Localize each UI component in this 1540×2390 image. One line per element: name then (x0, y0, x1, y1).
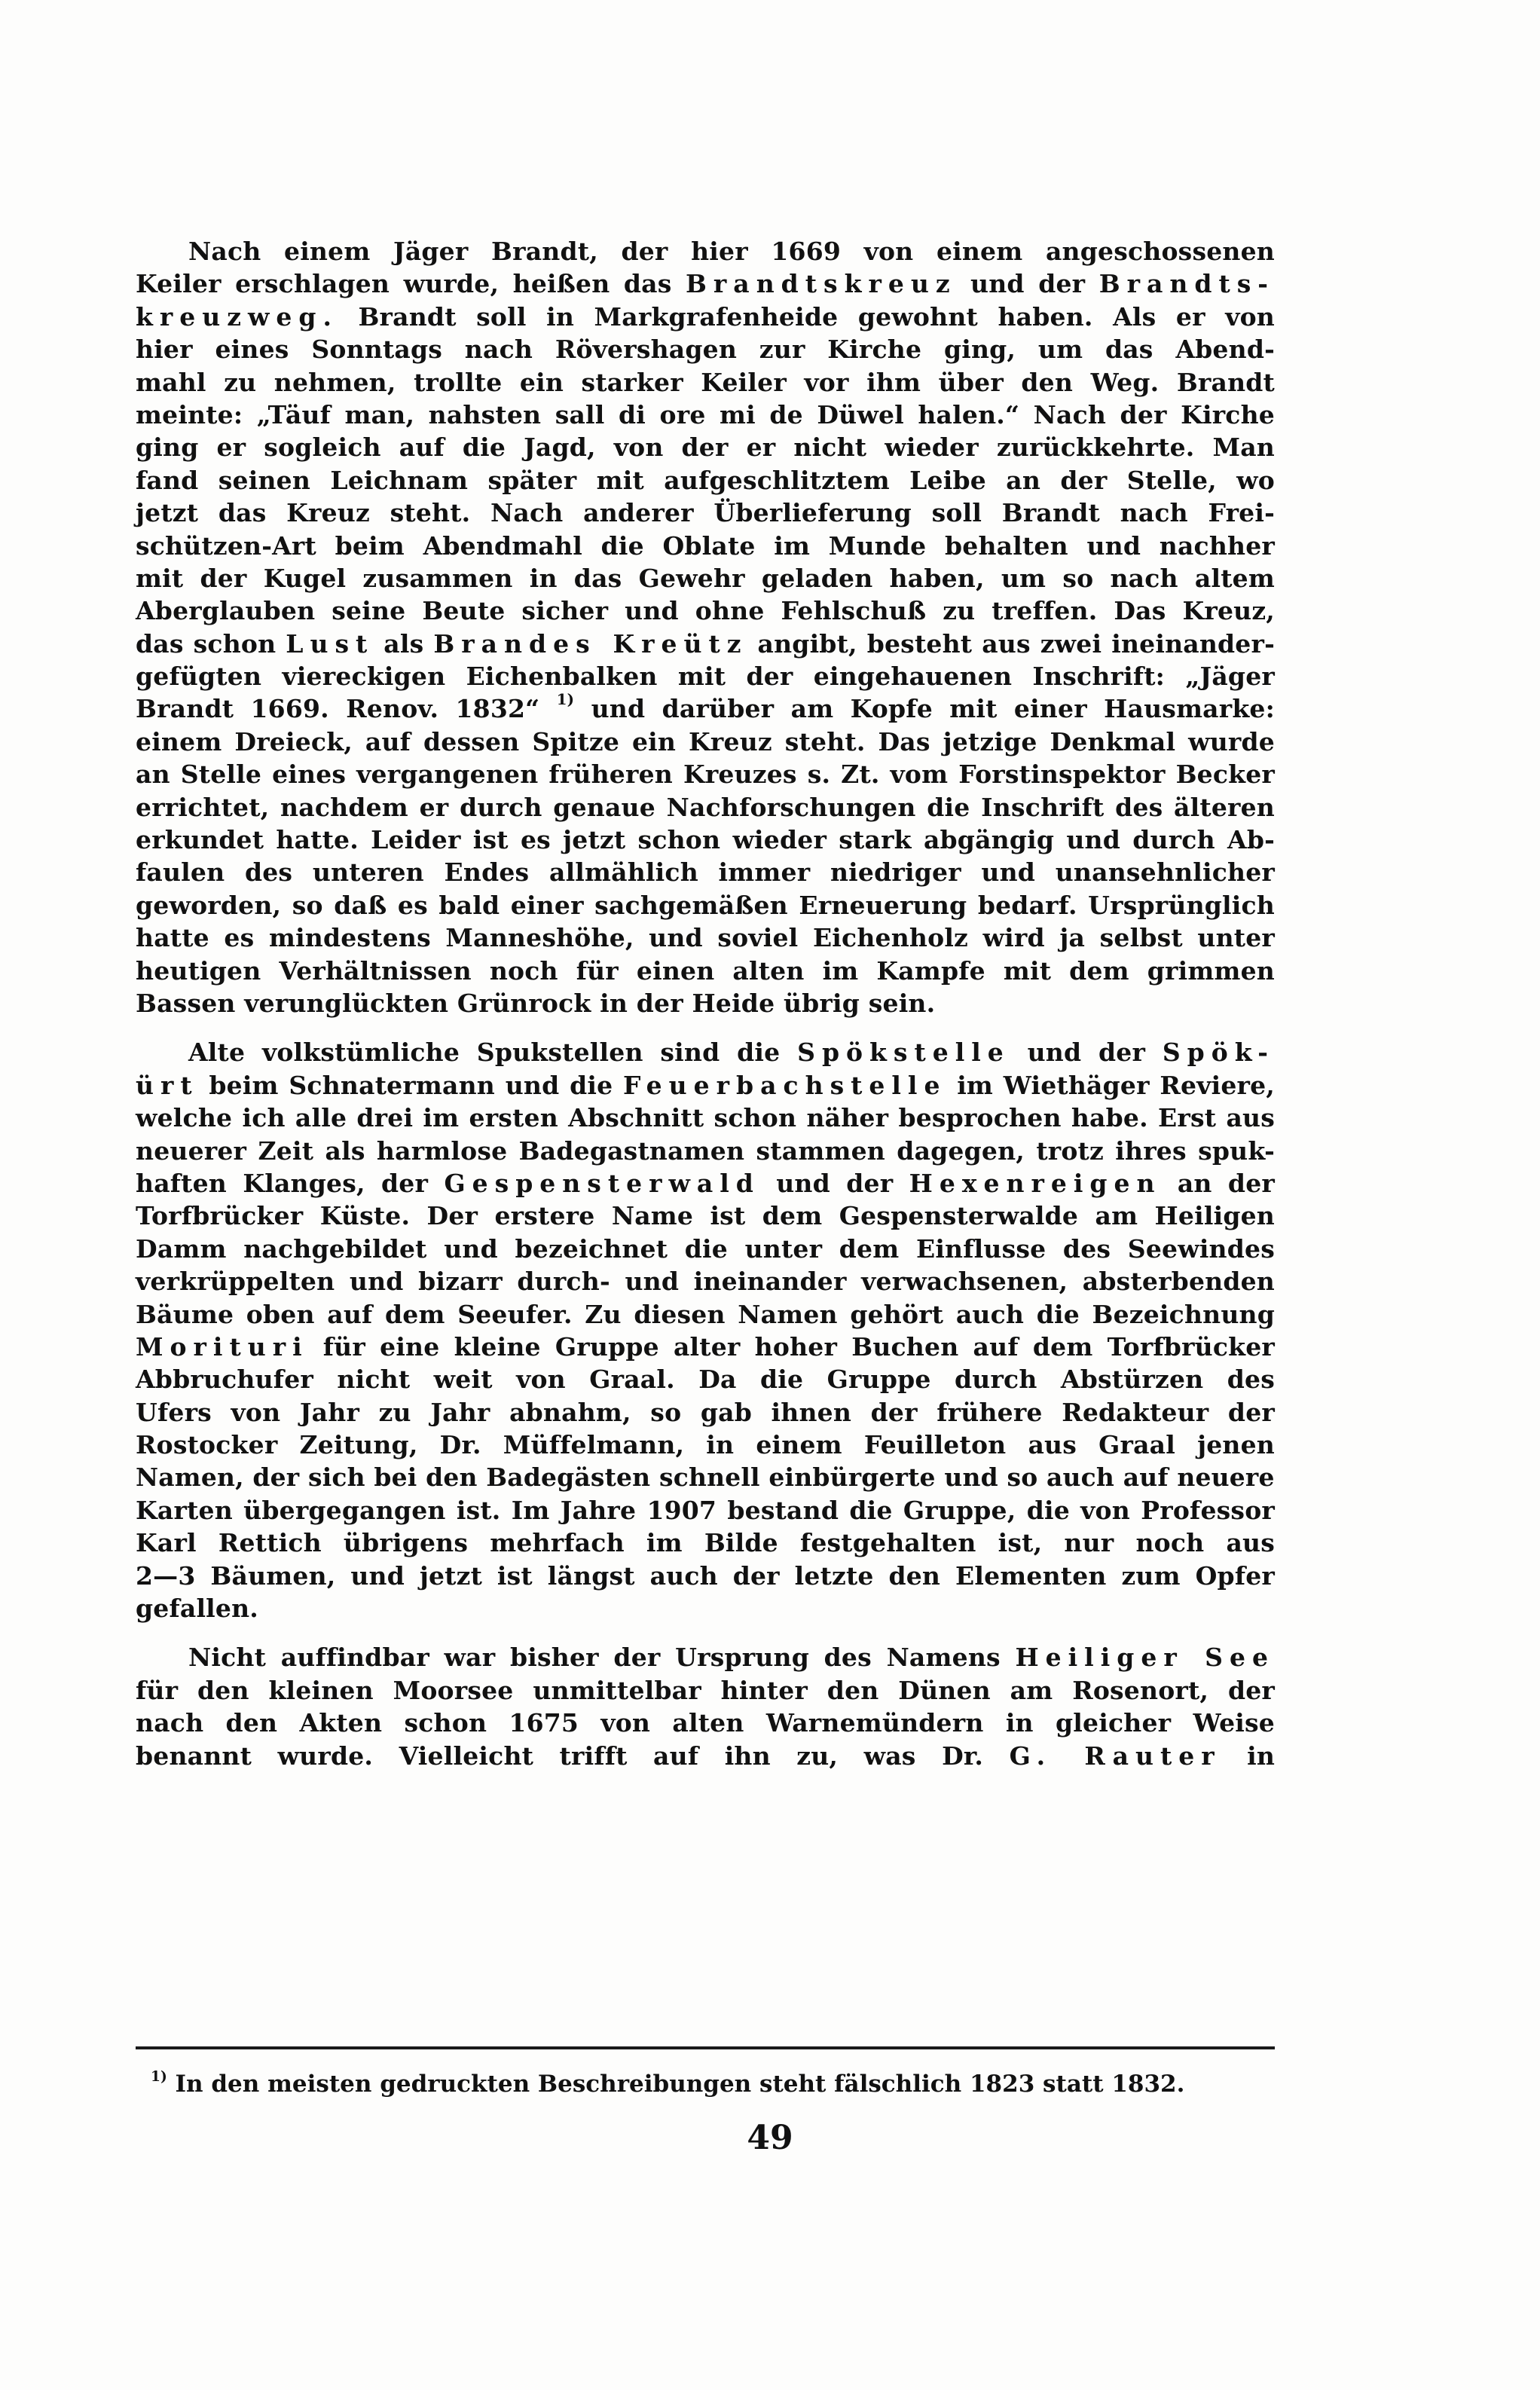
text-segment: in (1221, 1741, 1275, 1771)
text-line: Morituri für eine kleine Gruppe alter ho… (136, 1331, 1275, 1363)
text-line: errichtet, nachdem er durch genaue Nachf… (136, 791, 1275, 824)
text-segment: 2—3 Bäumen, und jetzt ist längst auch de… (136, 1561, 1275, 1591)
text-segment: Rostocker Zeitung, Dr. Müffelmann, in ei… (136, 1430, 1275, 1459)
text-line: Nicht auffindbar war bisher der Ursprung… (136, 1641, 1275, 1673)
footnote-marker: 1) (151, 2069, 167, 2085)
text-line: hier eines Sonntags nach Rövershagen zur… (136, 333, 1275, 365)
text-line: Ufers von Jahr zu Jahr abnahm, so gab ih… (136, 1396, 1275, 1429)
text-segment: welche ich alle drei im ersten Abschnitt… (136, 1103, 1275, 1132)
text-segment: und der (760, 1169, 909, 1198)
text-segment: Namen, der sich bei den Badegästen schne… (136, 1462, 1275, 1492)
text-line: gefallen. (136, 1592, 1275, 1624)
text-segment: einem Dreieck, auf dessen Spitze ein Kre… (136, 727, 1275, 756)
text-line: nach den Akten schon 1675 von alten Warn… (136, 1707, 1275, 1739)
text-line: Damm nachgebildet und bezeichnet die unt… (136, 1233, 1275, 1265)
text-segment: Brandt 1669. Renov. 1832“ (136, 694, 557, 723)
text-segment: Aberglauben seine Beute sicher und ohne … (136, 596, 1275, 625)
text-segment: gefügten viereckigen Eichenbalken mit de… (136, 662, 1275, 691)
text-segment: angibt, besteht aus zwei ineinander- (748, 629, 1275, 659)
emphasized-term: Brandtskreuz (686, 269, 957, 298)
text-segment: ging er sogleich auf die Jagd, von der e… (136, 432, 1275, 462)
text-segment: Alte volkstümliche Spukstellen sind die (188, 1038, 797, 1067)
text-segment: mahl zu nehmen, trollte ein starker Keil… (136, 368, 1275, 397)
text-segment: für den kleinen Moorsee unmittelbar hint… (136, 1676, 1275, 1705)
text-segment: heutigen Verhältnissen noch für einen al… (136, 956, 1275, 986)
text-segment: an Stelle eines vergangenen früheren Kre… (136, 759, 1275, 789)
text-line: benannt wurde. Vielleicht trifft auf ihn… (136, 1740, 1275, 1772)
text-segment: schützen-Art beim Abendmahl die Oblate i… (136, 531, 1275, 561)
text-line: ging er sogleich auf die Jagd, von der e… (136, 431, 1275, 463)
text-line: verkrüppelten und bizarr durch- und inei… (136, 1265, 1275, 1297)
text-segment: fand seinen Leichnam später mit aufgesch… (136, 466, 1275, 495)
emphasized-term: G. Rauter (1010, 1741, 1221, 1771)
text-line: für den kleinen Moorsee unmittelbar hint… (136, 1674, 1275, 1707)
text-line: Alte volkstümliche Spukstellen sind die … (136, 1036, 1275, 1068)
text-segment: Nicht auffindbar war bisher der Ursprung… (188, 1643, 1015, 1672)
text-line: heutigen Verhältnissen noch für einen al… (136, 955, 1275, 987)
text-line: welche ich alle drei im ersten Abschnitt… (136, 1102, 1275, 1134)
text-segment: beim Schnatermann und die (199, 1071, 623, 1100)
text-segment: das schon (136, 629, 286, 659)
text-line: kreuzweg. Brandt soll in Markgrafenheide… (136, 301, 1275, 333)
text-segment: errichtet, nachdem er durch genaue Nachf… (136, 793, 1275, 822)
text-line: Nach einem Jäger Brandt, der hier 1669 v… (136, 235, 1275, 267)
text-segment: gefallen. (136, 1594, 258, 1623)
text-line: faulen des unteren Endes allmählich imme… (136, 856, 1275, 888)
footnote-reference: 1) (557, 690, 575, 708)
text-line: gefügten viereckigen Eichenbalken mit de… (136, 660, 1275, 692)
text-segment: Keiler erschlagen wurde, heißen das (136, 269, 686, 298)
text-segment: Bäume oben auf dem Seeufer. Zu diesen Na… (136, 1300, 1275, 1329)
text-line: an Stelle eines vergangenen früheren Kre… (136, 758, 1275, 790)
text-line: Keiler erschlagen wurde, heißen das Bran… (136, 267, 1275, 300)
paragraph: Nach einem Jäger Brandt, der hier 1669 v… (136, 235, 1275, 1019)
text-line: schützen-Art beim Abendmahl die Oblate i… (136, 530, 1275, 562)
text-segment: Damm nachgebildet und bezeichnet die unt… (136, 1234, 1275, 1264)
text-line: erkundet hatte. Leider ist es jetzt scho… (136, 824, 1275, 856)
emphasized-term: Brandes Kreütz (433, 629, 747, 659)
emphasized-term: Lust (286, 629, 374, 659)
text-segment: nach den Akten schon 1675 von alten Warn… (136, 1708, 1275, 1737)
text-line: jetzt das Kreuz steht. Nach anderer Über… (136, 497, 1275, 529)
text-line: Karl Rettich übrigens mehrfach im Bilde … (136, 1527, 1275, 1559)
text-line: geworden, so daß es bald einer sachgemäß… (136, 889, 1275, 921)
text-segment: jetzt das Kreuz steht. Nach anderer Über… (136, 498, 1275, 527)
text-line: Rostocker Zeitung, Dr. Müffelmann, in ei… (136, 1429, 1275, 1461)
text-segment: Ufers von Jahr zu Jahr abnahm, so gab ih… (136, 1398, 1275, 1427)
footnote-text: In den meisten gedruckten Beschreibungen… (167, 2071, 1185, 2098)
text-segment: hatte es mindestens Manneshöhe, und sovi… (136, 923, 1275, 952)
text-line: haften Klanges, der Gespensterwald und d… (136, 1167, 1275, 1200)
text-segment: meinte: „Täuf man, nahsten sall di ore m… (136, 400, 1275, 429)
text-segment: Torfbrücker Küste. Der erstere Name ist … (136, 1201, 1275, 1230)
text-segment: Brandt soll in Markgrafenheide gewohnt h… (338, 302, 1275, 332)
emphasized-term: Gespensterwald (444, 1169, 759, 1198)
emphasized-term: Spök- (1163, 1038, 1275, 1067)
text-line: mahl zu nehmen, trollte ein starker Keil… (136, 366, 1275, 399)
text-segment: neuerer Zeit als harmlose Badegastnamen … (136, 1136, 1275, 1166)
text-line: Abbruchufer nicht weit von Graal. Da die… (136, 1363, 1275, 1395)
book-page: Nach einem Jäger Brandt, der hier 1669 v… (0, 0, 1540, 2390)
text-segment: für eine kleine Gruppe alter hoher Buche… (309, 1332, 1275, 1362)
emphasized-term: Brandts- (1099, 269, 1275, 298)
emphasized-term: Morituri (136, 1332, 309, 1362)
text-line: Aberglauben seine Beute sicher und ohne … (136, 594, 1275, 627)
text-line: ürt beim Schnatermann und die Feuerbachs… (136, 1069, 1275, 1102)
emphasized-term: Spökstelle (797, 1038, 1010, 1067)
emphasized-term: kreuzweg. (136, 302, 338, 332)
footnote: 1) In den meisten gedruckten Beschreibun… (151, 2071, 1184, 2098)
text-line: meinte: „Täuf man, nahsten sall di ore m… (136, 399, 1275, 431)
text-line: Brandt 1669. Renov. 1832“ 1) und darüber… (136, 692, 1275, 725)
emphasized-term: Feuerbachstelle (623, 1071, 946, 1100)
text-line: neuerer Zeit als harmlose Badegastnamen … (136, 1135, 1275, 1167)
text-segment: Karl Rettich übrigens mehrfach im Bilde … (136, 1528, 1275, 1557)
text-line: Namen, der sich bei den Badegästen schne… (136, 1461, 1272, 1493)
text-line: mit der Kugel zusammen in das Gewehr gel… (136, 562, 1275, 594)
text-segment: Bassen verunglückten Grünrock in der Hei… (136, 989, 935, 1018)
text-segment: geworden, so daß es bald einer sachgemäß… (136, 891, 1275, 920)
text-line: einem Dreieck, auf dessen Spitze ein Kre… (136, 726, 1275, 758)
text-segment: im Wiethäger Reviere, (946, 1071, 1275, 1100)
emphasized-term: Heiliger See (1015, 1643, 1275, 1672)
text-segment: an der (1161, 1169, 1275, 1198)
page-number: 49 (0, 2119, 1540, 2157)
text-segment: haften Klanges, der (136, 1169, 444, 1198)
text-line: Bäume oben auf dem Seeufer. Zu diesen Na… (136, 1298, 1275, 1331)
text-line: Karten übergegangen ist. Im Jahre 1907 b… (136, 1494, 1275, 1527)
text-line: Torfbrücker Küste. Der erstere Name ist … (136, 1200, 1275, 1232)
text-segment: hier eines Sonntags nach Rövershagen zur… (136, 335, 1275, 364)
text-segment: Nach einem Jäger Brandt, der hier 1669 v… (188, 237, 1275, 266)
text-segment: erkundet hatte. Leider ist es jetzt scho… (136, 825, 1275, 854)
emphasized-term: ürt (136, 1071, 199, 1100)
paragraph: Nicht auffindbar war bisher der Ursprung… (136, 1641, 1275, 1772)
text-line: 2—3 Bäumen, und jetzt ist längst auch de… (136, 1560, 1275, 1592)
text-segment: benannt wurde. Vielleicht trifft auf ihn… (136, 1741, 1010, 1771)
text-segment: mit der Kugel zusammen in das Gewehr gel… (136, 564, 1275, 593)
paragraph: Alte volkstümliche Spukstellen sind die … (136, 1036, 1275, 1624)
text-line: das schon Lust als Brandes Kreütz angibt… (136, 628, 1275, 660)
text-segment: verkrüppelten und bizarr durch- und inei… (136, 1267, 1275, 1296)
footnote-separator-rule (136, 2046, 1275, 2049)
text-line: fand seinen Leichnam später mit aufgesch… (136, 464, 1275, 497)
text-segment: als (374, 629, 433, 659)
emphasized-term: Hexenreigen (909, 1169, 1162, 1198)
text-segment: Karten übergegangen ist. Im Jahre 1907 b… (136, 1496, 1275, 1525)
text-segment: faulen des unteren Endes allmählich imme… (136, 857, 1275, 887)
text-line: hatte es mindestens Manneshöhe, und sovi… (136, 921, 1275, 954)
text-segment: Abbruchufer nicht weit von Graal. Da die… (136, 1365, 1275, 1394)
text-line: Bassen verunglückten Grünrock in der Hei… (136, 987, 1275, 1019)
text-segment: und darüber am Kopfe mit einer Hausmarke… (574, 694, 1275, 723)
body-text: Nach einem Jäger Brandt, der hier 1669 v… (136, 235, 1275, 1789)
text-segment: und der (957, 269, 1099, 298)
text-segment: und der (1010, 1038, 1163, 1067)
